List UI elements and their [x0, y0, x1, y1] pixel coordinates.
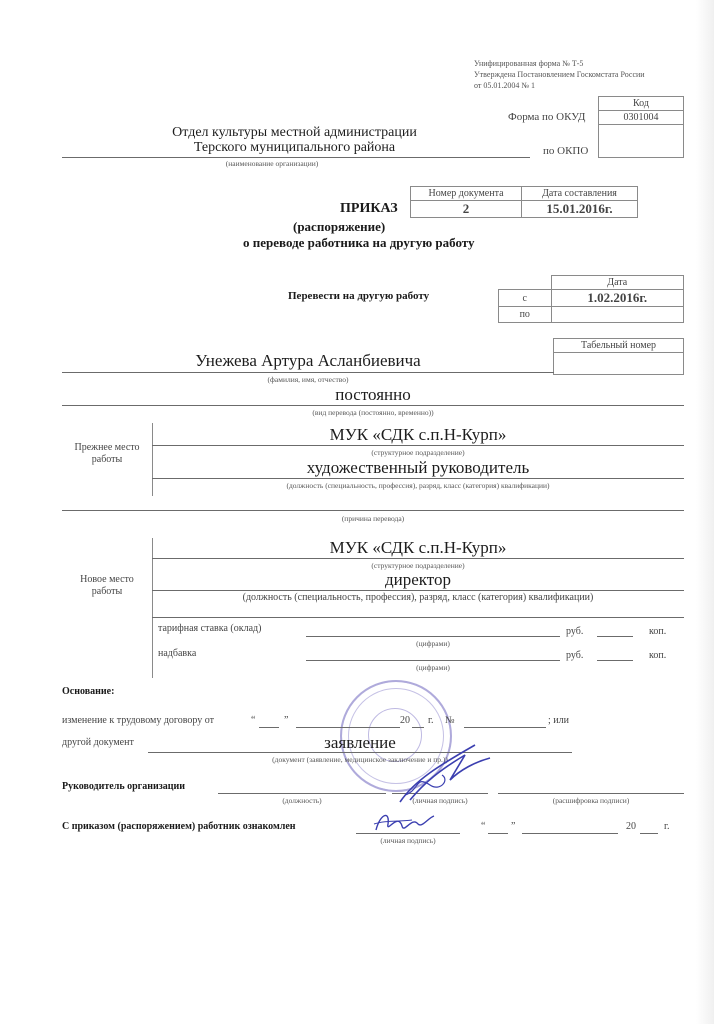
basis-year-underline	[412, 727, 424, 728]
basis-other-doc-value: заявление	[148, 733, 572, 753]
basis-number-sign: №	[445, 715, 455, 726]
basis-other-doc-caption: (документ (заявление, медицинское заключ…	[148, 755, 572, 764]
form-header: Унифицированная форма № Т-5 Утверждена П…	[474, 58, 645, 91]
transfer-type-underline	[62, 405, 684, 406]
tariff-label: тарифная ставка (оклад)	[158, 623, 261, 634]
acknowledged-label: С приказом (распоряжением) работник озна…	[62, 821, 296, 832]
transfer-from-label: с	[499, 290, 552, 307]
org-name-line2: Терского муниципального района	[62, 140, 527, 156]
transfer-to-value	[551, 307, 684, 323]
basis-number-underline	[464, 727, 546, 728]
head-decryption-underline	[498, 793, 684, 794]
previous-job-label: Прежнее место работы	[62, 442, 152, 466]
scan-edge-shadow	[696, 0, 714, 1024]
previous-job-position-caption: (должность (специальность, профессия), р…	[152, 481, 684, 490]
transfer-date-blank	[499, 276, 552, 290]
basis-year-prefix: 20	[400, 715, 410, 726]
doc-number: 2	[411, 201, 522, 218]
transfer-label: Перевести на другую работу	[288, 290, 429, 302]
tab-number-header: Табельный номер	[554, 339, 684, 353]
new-job-department-underline	[152, 558, 684, 559]
form-header-line3: от 05.01.2004 № 1	[474, 80, 645, 91]
previous-job-department-underline	[152, 445, 684, 446]
transfer-date-table: Дата с 1.02.2016г. по	[498, 275, 684, 323]
basis-other-doc-underline	[148, 752, 572, 753]
transfer-type-caption: (вид перевода (постоянно, временно))	[62, 408, 684, 417]
doc-date: 15.01.2016г.	[522, 201, 638, 218]
employee-name: Унежева Артура Асланбиевича	[62, 351, 554, 371]
codes-table: Код 0301004	[598, 96, 684, 158]
tariff-rub: руб.	[566, 626, 583, 637]
doc-subtitle: (распоряжение)	[293, 219, 385, 235]
bonus-underline	[306, 660, 560, 661]
head-signature-scribble-icon	[380, 740, 500, 810]
form-header-line1: Унифицированная форма № Т-5	[474, 58, 645, 69]
new-job-label: Новое место работы	[62, 574, 152, 598]
basis-title: Основание:	[62, 686, 114, 697]
new-job-department-caption: (структурное подразделение)	[152, 561, 684, 570]
employee-signature-scribble-icon	[368, 806, 438, 838]
basis-quote-open: “	[251, 715, 255, 726]
ack-quote-open: “	[481, 821, 485, 832]
tab-number-table: Табельный номер	[553, 338, 684, 375]
new-job-label-line1: Новое место	[62, 574, 152, 586]
doc-subject: о переводе работника на другую работу	[243, 235, 475, 251]
form-header-line2: Утверждена Постановлением Госкомстата Ро…	[474, 69, 645, 80]
new-job-label-line2: работы	[62, 586, 152, 598]
previous-job-position-underline	[152, 478, 684, 479]
employee-name-caption: (фамилия, имя, отчество)	[62, 375, 554, 384]
org-name-line1: Отдел культуры местной администрации	[62, 125, 527, 141]
new-job-divider	[152, 538, 153, 678]
bonus-kop: коп.	[649, 650, 666, 661]
bonus-rub: руб.	[566, 650, 583, 661]
code-header: Код	[599, 97, 684, 111]
tab-number-value	[554, 353, 684, 375]
ack-year-prefix: 20	[626, 821, 636, 832]
reason-underline	[62, 510, 684, 511]
new-job-position: директор	[152, 570, 684, 590]
okpo-value	[599, 125, 684, 158]
new-job-position-underline	[152, 590, 684, 591]
bonus-digits-caption: (цифрами)	[306, 663, 560, 672]
new-job-position-caption: (должность (специальность, профессия), р…	[152, 592, 684, 603]
previous-job-position: художественный руководитель	[152, 458, 684, 478]
basis-or: ; или	[548, 715, 569, 726]
org-name-underline	[62, 157, 527, 158]
new-job-separator	[152, 617, 684, 618]
okpo-underline	[475, 157, 530, 158]
head-position-underline	[218, 793, 386, 794]
reason-caption: (причина перевода)	[62, 514, 684, 523]
doc-number-header: Номер документа	[411, 187, 522, 201]
transfer-to-label: по	[499, 307, 552, 323]
previous-job-label-line2: работы	[62, 454, 152, 466]
transfer-date-header: Дата	[551, 276, 684, 290]
basis-day-underline	[259, 727, 279, 728]
basis-month-underline	[296, 727, 400, 728]
basis-contract-prefix: изменение к трудовому договору от	[62, 715, 214, 726]
tariff-underline	[306, 636, 560, 637]
doc-date-header: Дата составления	[522, 187, 638, 201]
doc-title: ПРИКАЗ	[340, 201, 398, 217]
head-position-caption: (должность)	[218, 796, 386, 805]
okud-label: Форма по ОКУД	[508, 111, 585, 123]
basis-other-doc-label: другой документ	[62, 737, 134, 748]
employee-name-underline	[62, 372, 554, 373]
previous-job-label-line1: Прежнее место	[62, 442, 152, 454]
bonus-label: надбавка	[158, 648, 196, 659]
tariff-kop-underline	[597, 636, 633, 637]
new-job-department: МУК «СДК с.п.Н-Курп»	[152, 538, 684, 558]
okpo-label: по ОКПО	[543, 145, 588, 157]
tariff-digits-caption: (цифрами)	[306, 639, 560, 648]
previous-job-department-caption: (структурное подразделение)	[152, 448, 684, 457]
tariff-kop: коп.	[649, 626, 666, 637]
ack-year-underline	[640, 833, 658, 834]
okud-value: 0301004	[599, 111, 684, 125]
ack-day-underline	[488, 833, 508, 834]
ack-year-suffix: г.	[664, 821, 669, 832]
ack-quote-close: ”	[511, 821, 515, 832]
head-decryption-caption: (расшифровка подписи)	[498, 796, 684, 805]
basis-year-suffix: г.	[428, 715, 433, 726]
doc-number-table: Номер документа Дата составления 2 15.01…	[410, 186, 638, 218]
bonus-kop-underline	[597, 660, 633, 661]
ack-month-underline	[522, 833, 618, 834]
transfer-from-value: 1.02.2016г.	[551, 290, 684, 307]
previous-job-department: МУК «СДК с.п.Н-Курп»	[152, 425, 684, 445]
head-label: Руководитель организации	[62, 781, 185, 792]
transfer-type: постоянно	[62, 385, 684, 405]
basis-quote-close: ”	[284, 715, 288, 726]
org-name-caption: (наименование организации)	[62, 159, 482, 168]
